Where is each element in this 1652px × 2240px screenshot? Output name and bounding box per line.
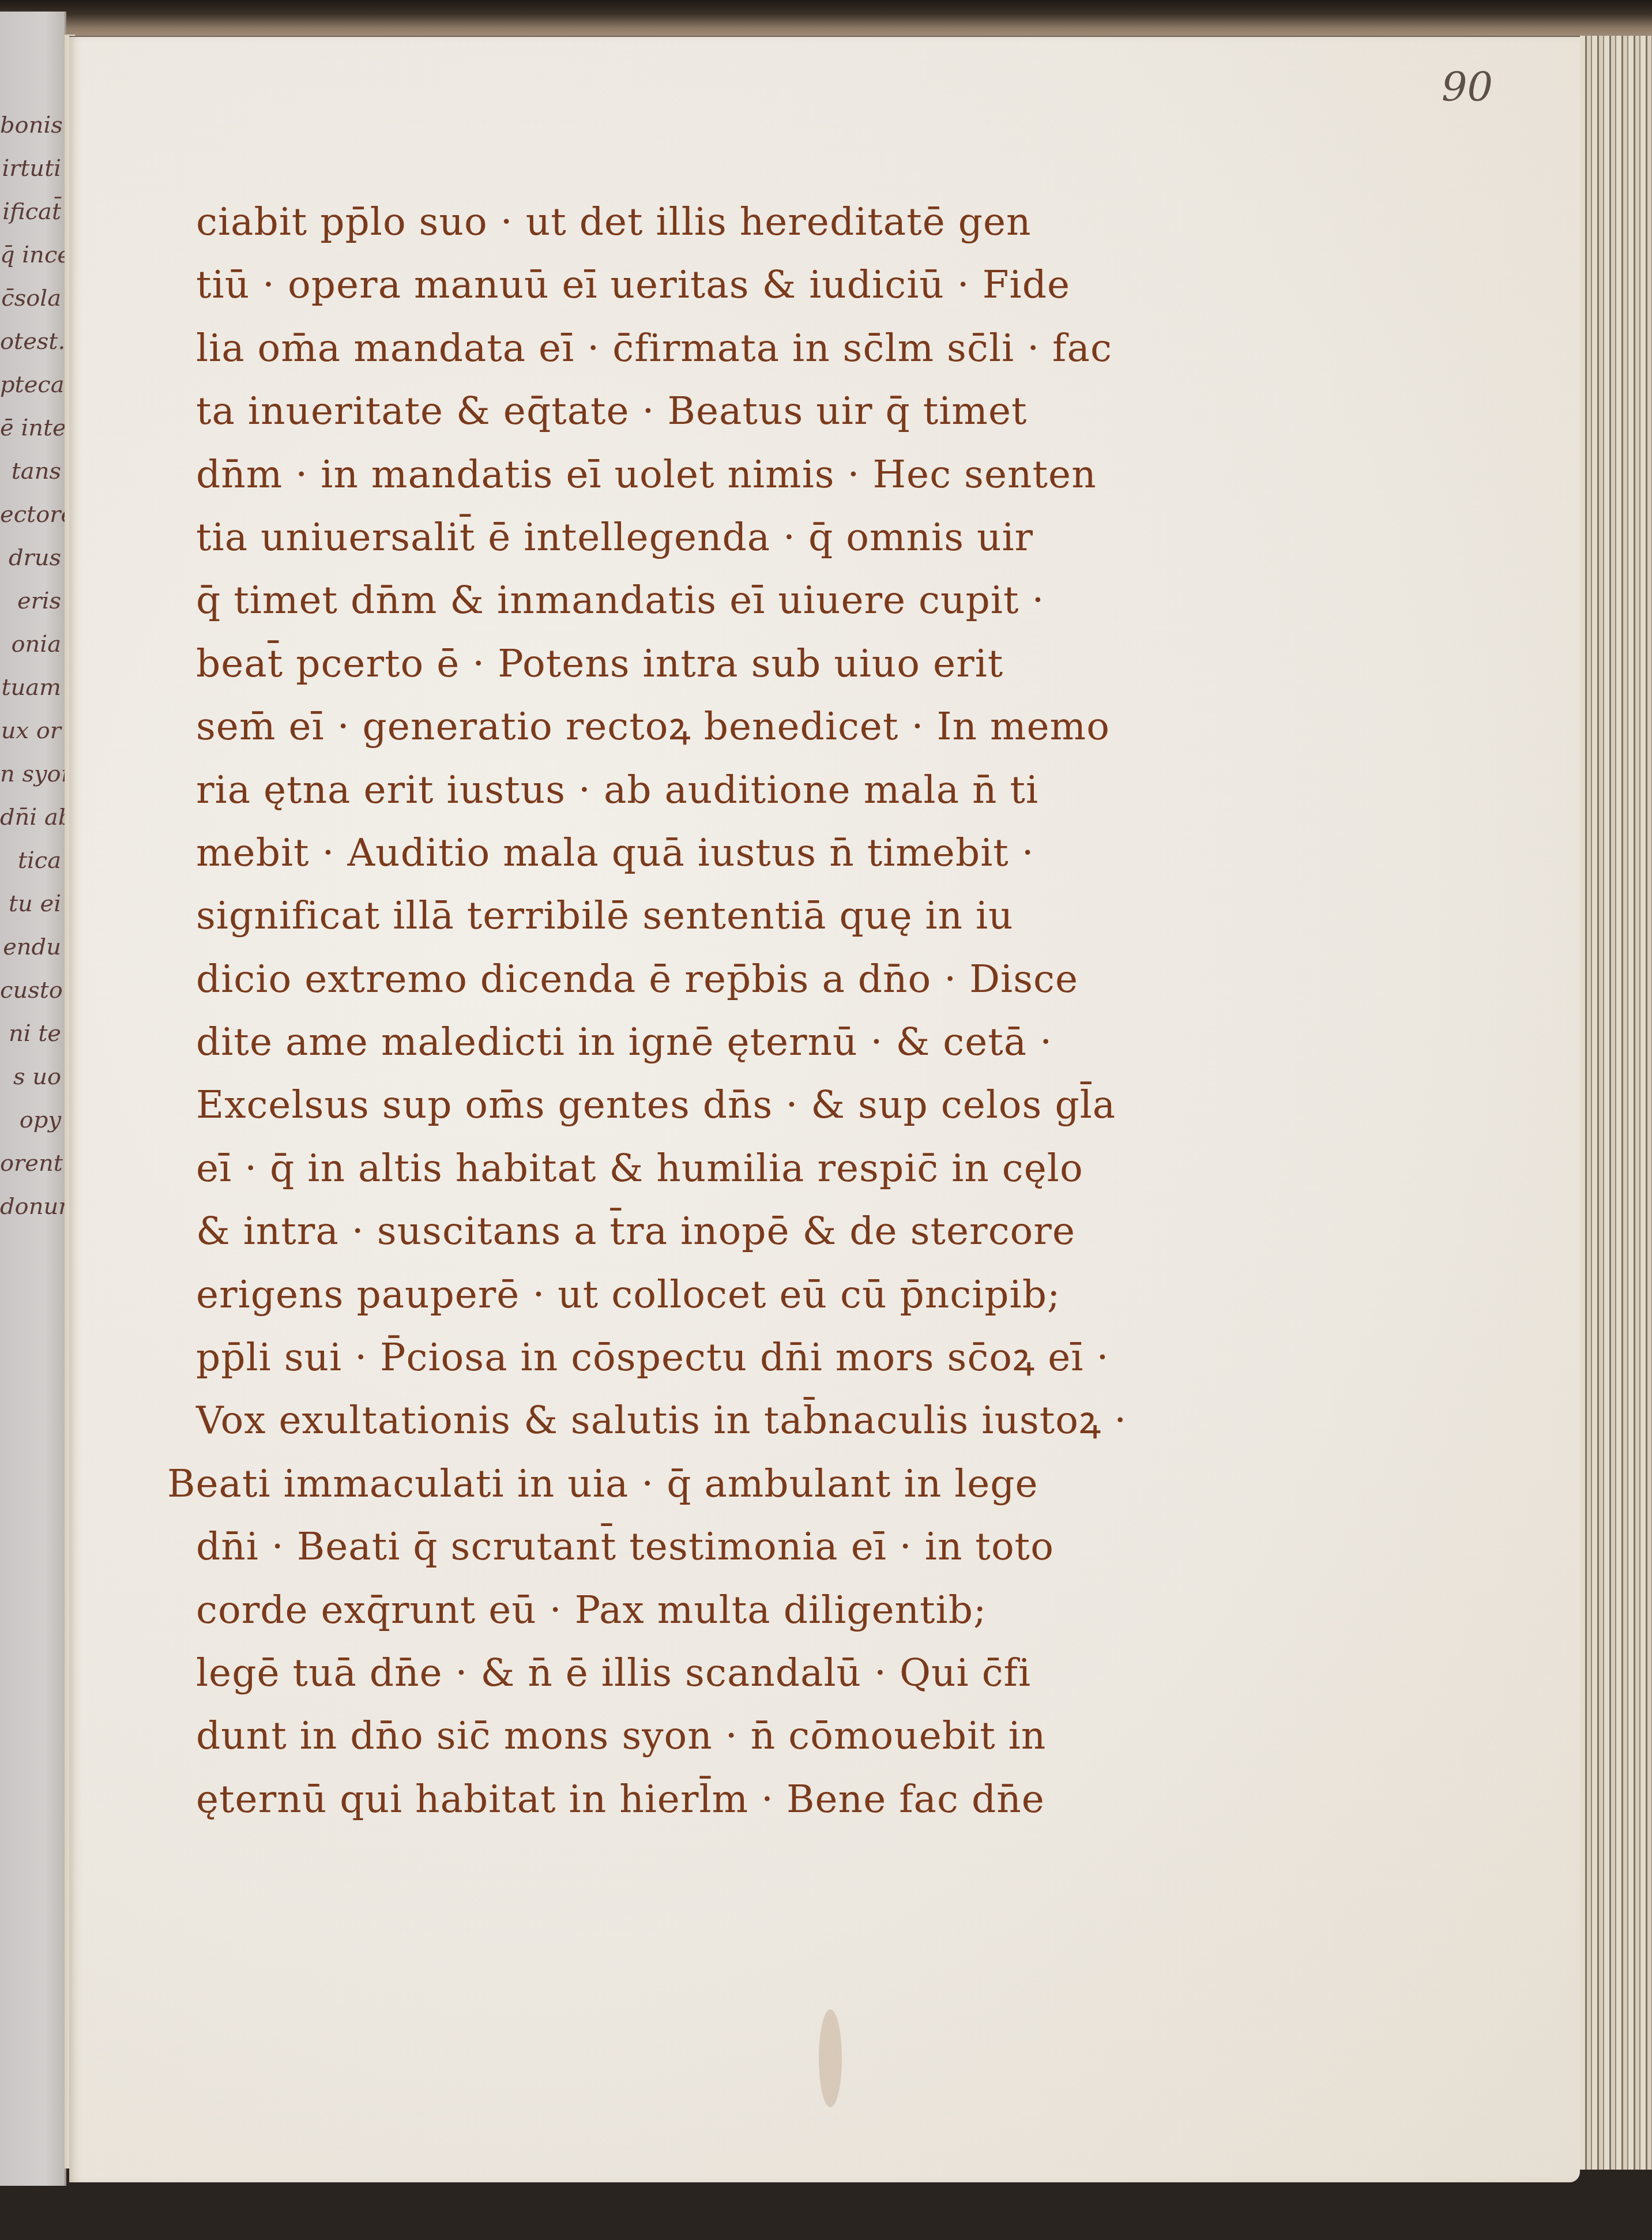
left-fragment: ni te xyxy=(0,1012,65,1055)
text-line: ciabit pp̄lo suo · ut det illis heredita… xyxy=(196,190,1303,253)
left-fragment: tica xyxy=(0,839,65,882)
left-fragment: custo xyxy=(0,969,65,1012)
text-line: ęternū qui habitat in hierl̄m · Bene fac… xyxy=(196,1768,1303,1831)
text-line: ta inueritate & eq̄tate · Beatus uir q̄ … xyxy=(196,379,1303,442)
text-line: dn̄i · Beati q̄ scrutant̄ testimonia eī … xyxy=(196,1515,1303,1578)
left-fragment: ectore xyxy=(0,493,65,536)
text-line: q̄ timet dn̄m & inmandatis eī uiuere cup… xyxy=(196,569,1303,632)
text-line: legē tuā dn̄e · & n̄ ē illis scandalū · … xyxy=(196,1641,1303,1704)
folio-number: 90 xyxy=(1442,63,1493,111)
text-line: pp̄li sui · P̄ciosa in cōspectu dn̄i mor… xyxy=(196,1326,1303,1389)
left-fragment: donun xyxy=(0,1185,65,1228)
left-fragment: bonis xyxy=(0,104,65,147)
left-fragment: irtuti xyxy=(0,147,65,190)
text-line: significat illā terribilē sententiā quę … xyxy=(196,884,1303,947)
text-line: tiū · opera manuū eī ueritas & iudiciū ·… xyxy=(196,253,1303,316)
book-binding-top-edge xyxy=(0,0,1652,40)
text-line: beat̄ pcerto ē · Potens intra sub uiuo e… xyxy=(196,632,1303,695)
text-line: tia uniuersalit̄ ē intellegenda · q̄ omn… xyxy=(196,506,1303,569)
page-edge-stack xyxy=(1580,36,1652,2170)
left-fragment: orent xyxy=(0,1142,65,1185)
text-line: lia om̄a mandata eī · c̄firmata in sc̄lm… xyxy=(196,317,1303,379)
left-fragment: opy xyxy=(0,1099,65,1142)
text-line: Vox exultationis & salutis in tab̄naculi… xyxy=(196,1389,1303,1452)
text-line: sem̄ eī · generatio rectoꝝ benedicet · I… xyxy=(196,695,1303,758)
text-line: corde exq̄runt eū · Pax multa diligentib… xyxy=(196,1578,1303,1641)
left-fragment: onia xyxy=(0,623,65,666)
left-fragment: endu xyxy=(0,926,65,969)
left-fragment: dn̄i ab xyxy=(0,796,65,839)
text-line: dn̄m · in mandatis eī uolet nimis · Hec … xyxy=(196,443,1303,506)
left-fragment: n syon xyxy=(0,753,65,796)
text-line: erigens pauperē · ut collocet eū cū p̄nc… xyxy=(196,1263,1303,1326)
left-fragment: c̄sola xyxy=(0,277,65,320)
left-fragment: tuam xyxy=(0,666,65,709)
left-fragment: otest. xyxy=(0,320,65,363)
text-line: eī · q̄ in altis habitat & humilia respi… xyxy=(196,1137,1303,1200)
text-line: dunt in dn̄o sic̄ mons syon · n̄ cōmoueb… xyxy=(196,1704,1303,1767)
text-line: ria ętna erit iustus · ab auditione mala… xyxy=(196,758,1303,821)
left-fragment: drus xyxy=(0,536,65,580)
left-fragment: q̄ incer xyxy=(0,234,65,277)
left-fragment: s uo xyxy=(0,1055,65,1099)
text-line: dite ame maledicti in ignē ęternū · & ce… xyxy=(196,1010,1303,1073)
left-fragment: pteca xyxy=(0,363,65,407)
left-facing-page: bonis irtuti ificat̄ q̄ incer c̄sola ote… xyxy=(0,12,66,2186)
text-line: dicio extremo dicenda ē rep̄bis a dn̄o ·… xyxy=(196,948,1303,1010)
text-line: & intra · suscitans a t̄ra inopē & de st… xyxy=(196,1200,1303,1262)
left-fragment: ificat̄ xyxy=(0,190,65,234)
text-line: Excelsus sup om̄s gentes dn̄s · & sup ce… xyxy=(196,1073,1303,1136)
left-fragment: tans xyxy=(0,450,65,493)
parchment-stain xyxy=(819,2009,842,2107)
left-page-text-fragments: bonis irtuti ificat̄ q̄ incer c̄sola ote… xyxy=(0,104,65,1228)
left-fragment: ux or xyxy=(0,709,65,753)
text-line: mebit · Auditio mala quā iustus n̄ timeb… xyxy=(196,821,1303,884)
left-fragment: tu ei xyxy=(0,882,65,926)
left-fragment: eris xyxy=(0,580,65,623)
left-fragment: ē intel xyxy=(0,407,65,450)
manuscript-text-block: ciabit pp̄lo suo · ut det illis heredita… xyxy=(196,190,1303,1831)
text-line: Beati immaculati in uia · q̄ ambulant in… xyxy=(167,1452,1303,1515)
